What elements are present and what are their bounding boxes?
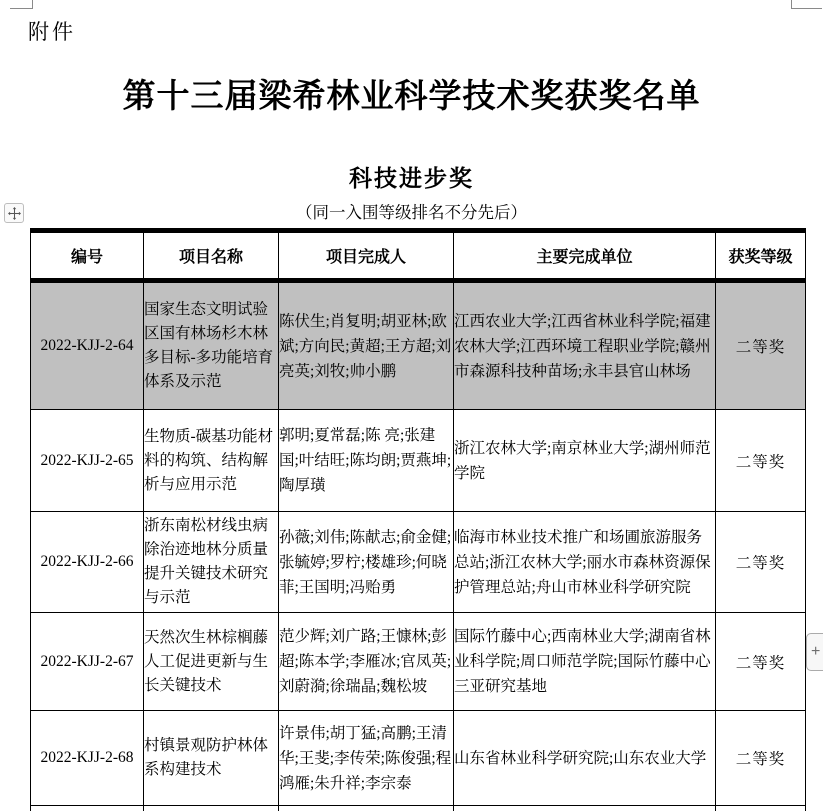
table-move-handle[interactable] [4, 203, 24, 223]
cell-orgs[interactable]: 浙江农林大学;南京林业大学;湖州师范学院 [454, 410, 716, 512]
cell-award[interactable]: 二等奖 [716, 613, 806, 711]
cell-members[interactable]: 许景伟;胡丁猛;高鹏;王清华;王斐;李传荣;陈俊强;程鸿雁;朱升祥;李宗泰 [279, 711, 454, 806]
col-header-members[interactable]: 项目完成人 [279, 231, 454, 281]
section-note: （同一入围等级排名不分先后） [0, 199, 823, 223]
cell-members[interactable]: 范少辉;刘广路;王慷林;彭超;陈本学;李雁冰;官凤英;刘蔚漪;徐瑞晶;魏松坡 [279, 613, 454, 711]
text-boundary-mark-top-left-h [10, 8, 33, 9]
document-title: 第十三届梁希林业科学技术奖获奖名单 [0, 70, 823, 117]
table-row: 2022-KJJ-2-66 浙东南松材线虫病除治迹地林分质量提升关键技术研究与示… [31, 512, 806, 613]
text-boundary-mark-top-left-v [32, 0, 33, 8]
col-header-project[interactable]: 项目名称 [144, 231, 279, 281]
cell-project-name[interactable]: 村镇景观防护林体系构建技术 [144, 711, 279, 806]
cell-project-id[interactable]: 2022-KJJ-2-68 [31, 711, 144, 806]
cell-orgs[interactable]: 临海市林业技术推广和场圃旅游服务总站;浙江农林大学;丽水市森林资源保护管理总站;… [454, 512, 716, 613]
text-boundary-mark-top-right-h [791, 8, 822, 9]
cell-orgs[interactable]: 山东省林业科学研究院;山东农业大学 [454, 711, 716, 806]
table-row: 2022-KJJ-2-65 生物质-碳基功能材料的构筑、结构解析与应用示范 郭明… [31, 410, 806, 512]
table-row: 2022-KJJ-2-67 天然次生林棕榈藤人工促进更新与生长关键技术 范少辉;… [31, 613, 806, 711]
cell-project-id[interactable]: 2022-KJJ-2-64 [31, 281, 144, 410]
cell-project-id[interactable]: 2022-KJJ-2-65 [31, 410, 144, 512]
move-cross-icon [8, 207, 21, 220]
partial-next-row [31, 806, 806, 811]
cell-project-name[interactable]: 浙东南松材线虫病除治迹地林分质量提升关键技术研究与示范 [144, 512, 279, 613]
cell-award[interactable]: 二等奖 [716, 512, 806, 613]
cell-project-name[interactable]: 天然次生林棕榈藤人工促进更新与生长关键技术 [144, 613, 279, 711]
col-header-id[interactable]: 编号 [31, 231, 144, 281]
cell-project-id[interactable]: 2022-KJJ-2-67 [31, 613, 144, 711]
cell-project-name[interactable]: 国家生态文明试验区国有林场杉木林多目标-多功能培育体系及示范 [144, 281, 279, 410]
attachment-label: 附件 [28, 16, 76, 46]
cell-award[interactable]: 二等奖 [716, 711, 806, 806]
cell-members[interactable]: 陈伏生;肖复明;胡亚林;欧斌;方向民;黄超;王方超;刘亮英;刘牧;帅小鹏 [279, 281, 454, 410]
add-button[interactable]: + [806, 633, 823, 671]
table-row: 2022-KJJ-2-68 村镇景观防护林体系构建技术 许景伟;胡丁猛;高鹏;王… [31, 711, 806, 806]
table-row: 2022-KJJ-2-64 国家生态文明试验区国有林场杉木林多目标-多功能培育体… [31, 281, 806, 410]
section-title: 科技进步奖 [0, 160, 823, 193]
cell-members[interactable]: 郭明;夏常磊;陈 亮;张建国;叶结旺;陈均朗;贾燕坤;陶厚璜 [279, 410, 454, 512]
col-header-award[interactable]: 获奖等级 [716, 231, 806, 281]
cell-award[interactable]: 二等奖 [716, 410, 806, 512]
document-page: 附件 第十三届梁希林业科学技术奖获奖名单 科技进步奖 （同一入围等级排名不分先后… [0, 0, 823, 811]
award-table: 编号 项目名称 项目完成人 主要完成单位 获奖等级 2022-KJJ-2-64 … [30, 228, 806, 811]
cell-project-id[interactable]: 2022-KJJ-2-66 [31, 512, 144, 613]
cell-members[interactable]: 孙薇;刘伟;陈献志;俞金健;张毓婷;罗柠;楼雄珍;何晓菲;王国明;冯贻勇 [279, 512, 454, 613]
cell-orgs[interactable]: 江西农业大学;江西省林业科学院;福建农林大学;江西环境工程职业学院;赣州市森源科… [454, 281, 716, 410]
text-boundary-mark-top-right-v [791, 0, 792, 8]
header-row: 编号 项目名称 项目完成人 主要完成单位 获奖等级 [31, 231, 806, 281]
cell-orgs[interactable]: 国际竹藤中心;西南林业大学;湖南省林业科学院;周口师范学院;国际竹藤中心三亚研究… [454, 613, 716, 711]
col-header-orgs[interactable]: 主要完成单位 [454, 231, 716, 281]
cell-project-name[interactable]: 生物质-碳基功能材料的构筑、结构解析与应用示范 [144, 410, 279, 512]
cell-award[interactable]: 二等奖 [716, 281, 806, 410]
